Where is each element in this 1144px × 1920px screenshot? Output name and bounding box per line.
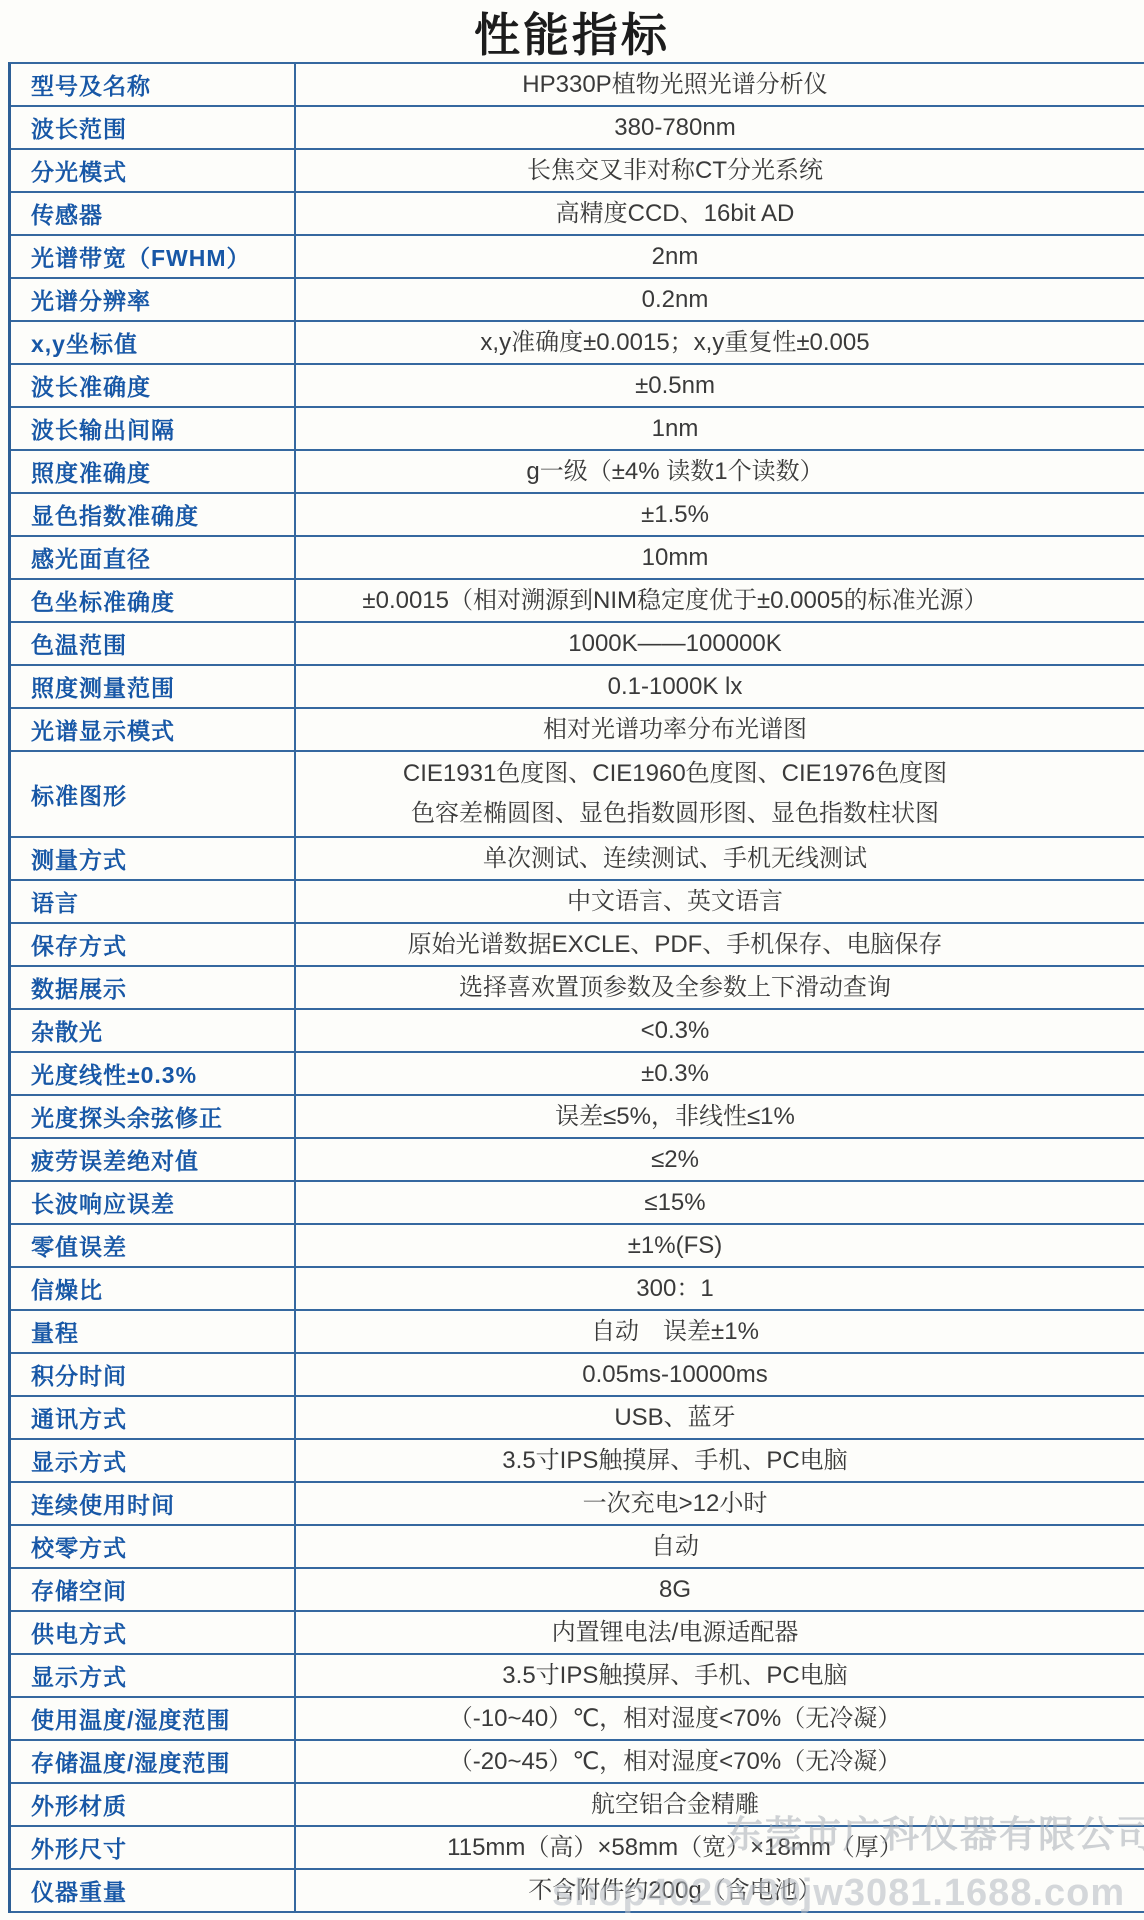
spec-label: 存储温度/湿度范围 bbox=[11, 1741, 296, 1782]
table-row: 零值误差±1%(FS) bbox=[11, 1225, 1144, 1268]
spec-label: 长波响应误差 bbox=[11, 1182, 296, 1223]
table-row: 照度准确度g一级（±4% 读数1个读数） bbox=[11, 451, 1144, 494]
table-row: 显示方式3.5寸IPS触摸屏、手机、PC电脑 bbox=[11, 1440, 1144, 1483]
spec-value: 相对光谱功率分布光谱图 bbox=[296, 709, 1144, 750]
table-row: 色温范围1000K——100000K bbox=[11, 623, 1144, 666]
spec-label: 型号及名称 bbox=[11, 64, 296, 105]
spec-value: 不含附件约200g（含电池） bbox=[296, 1870, 1144, 1911]
spec-value: CIE1931色度图、CIE1960色度图、CIE1976色度图色容差椭圆图、显… bbox=[296, 752, 1144, 836]
spec-label: 显示方式 bbox=[11, 1655, 296, 1696]
table-row: 光度探头余弦修正误差≤5%，非线性≤1% bbox=[11, 1096, 1144, 1139]
spec-value: 0.2nm bbox=[296, 279, 1144, 320]
table-row: 存储温度/湿度范围（-20~45）℃，相对湿度<70%（无冷凝） bbox=[11, 1741, 1144, 1784]
spec-value: ±0.0015（相对溯源到NIM稳定度优于±0.0005的标准光源） bbox=[296, 580, 1144, 621]
table-row: 波长范围380-780nm bbox=[11, 107, 1144, 150]
table-row: 杂散光<0.3% bbox=[11, 1010, 1144, 1053]
table-row: 照度测量范围0.1-1000K lx bbox=[11, 666, 1144, 709]
spec-label: 波长准确度 bbox=[11, 365, 296, 406]
spec-value: 误差≤5%，非线性≤1% bbox=[296, 1096, 1144, 1137]
table-row: 波长准确度±0.5nm bbox=[11, 365, 1144, 408]
table-row: 存储空间8G bbox=[11, 1569, 1144, 1612]
spec-label: 光谱分辨率 bbox=[11, 279, 296, 320]
spec-value: ±1.5% bbox=[296, 494, 1144, 535]
spec-value: ≤15% bbox=[296, 1182, 1144, 1223]
spec-label: 供电方式 bbox=[11, 1612, 296, 1653]
page-title: 性能指标 bbox=[0, 0, 1144, 60]
spec-value: 一次充电>12小时 bbox=[296, 1483, 1144, 1524]
spec-value: 中文语言、英文语言 bbox=[296, 881, 1144, 922]
spec-label: 照度准确度 bbox=[11, 451, 296, 492]
table-row: 校零方式自动 bbox=[11, 1526, 1144, 1569]
spec-value: HP330P植物光照光谱分析仪 bbox=[296, 64, 1144, 105]
spec-label: 仪器重量 bbox=[11, 1870, 296, 1911]
spec-value: 3.5寸IPS触摸屏、手机、PC电脑 bbox=[296, 1440, 1144, 1481]
table-row: 保存方式原始光谱数据EXCLE、PDF、手机保存、电脑保存 bbox=[11, 924, 1144, 967]
spec-label: 光谱带宽（FWHM） bbox=[11, 236, 296, 277]
table-row: 仪器重量不含附件约200g（含电池） bbox=[11, 1870, 1144, 1913]
spec-label: 光谱显示模式 bbox=[11, 709, 296, 750]
spec-label: 连续使用时间 bbox=[11, 1483, 296, 1524]
table-row: 外形尺寸115mm（高）×58mm（宽）×18mm（厚） bbox=[11, 1827, 1144, 1870]
table-row: 测量方式单次测试、连续测试、手机无线测试 bbox=[11, 838, 1144, 881]
spec-value: ±1%(FS) bbox=[296, 1225, 1144, 1266]
spec-label: 感光面直径 bbox=[11, 537, 296, 578]
table-row: 分光模式长焦交叉非对称CT分光系统 bbox=[11, 150, 1144, 193]
spec-label: 疲劳误差绝对值 bbox=[11, 1139, 296, 1180]
table-row: 色坐标准确度±0.0015（相对溯源到NIM稳定度优于±0.0005的标准光源） bbox=[11, 580, 1144, 623]
spec-label: 校零方式 bbox=[11, 1526, 296, 1567]
table-row: 连续使用时间一次充电>12小时 bbox=[11, 1483, 1144, 1526]
spec-value: 115mm（高）×58mm（宽）×18mm（厚） bbox=[296, 1827, 1144, 1868]
table-row: 显示方式3.5寸IPS触摸屏、手机、PC电脑 bbox=[11, 1655, 1144, 1698]
table-row: 外形材质航空铝合金精雕 bbox=[11, 1784, 1144, 1827]
spec-label: 语言 bbox=[11, 881, 296, 922]
spec-label: 显色指数准确度 bbox=[11, 494, 296, 535]
table-row: 光谱显示模式相对光谱功率分布光谱图 bbox=[11, 709, 1144, 752]
spec-label: 通讯方式 bbox=[11, 1397, 296, 1438]
spec-value: 10mm bbox=[296, 537, 1144, 578]
spec-label: 测量方式 bbox=[11, 838, 296, 879]
table-row: 光度线性±0.3%±0.3% bbox=[11, 1053, 1144, 1096]
spec-label: 波长范围 bbox=[11, 107, 296, 148]
spec-label: 数据展示 bbox=[11, 967, 296, 1008]
spec-label: 照度测量范围 bbox=[11, 666, 296, 707]
spec-value: 航空铝合金精雕 bbox=[296, 1784, 1144, 1825]
table-row: 量程自动 误差±1% bbox=[11, 1311, 1144, 1354]
spec-value: 长焦交叉非对称CT分光系统 bbox=[296, 150, 1144, 191]
spec-label: 光度线性±0.3% bbox=[11, 1053, 296, 1094]
spec-value: ±0.3% bbox=[296, 1053, 1144, 1094]
spec-value: 1nm bbox=[296, 408, 1144, 449]
spec-label: 分光模式 bbox=[11, 150, 296, 191]
table-row: 通讯方式USB、蓝牙 bbox=[11, 1397, 1144, 1440]
spec-label: 色坐标准确度 bbox=[11, 580, 296, 621]
spec-value: 自动 bbox=[296, 1526, 1144, 1567]
spec-label: 量程 bbox=[11, 1311, 296, 1352]
spec-value: 0.05ms-10000ms bbox=[296, 1354, 1144, 1395]
table-row: 型号及名称HP330P植物光照光谱分析仪 bbox=[11, 64, 1144, 107]
spec-value: 1000K——100000K bbox=[296, 623, 1144, 664]
spec-label: 外形材质 bbox=[11, 1784, 296, 1825]
table-row: 供电方式内置锂电法/电源适配器 bbox=[11, 1612, 1144, 1655]
table-row: x,y坐标值x,y准确度±0.0015；x,y重复性±0.005 bbox=[11, 322, 1144, 365]
table-row: 积分时间0.05ms-10000ms bbox=[11, 1354, 1144, 1397]
table-row: 数据展示选择喜欢置顶参数及全参数上下滑动查询 bbox=[11, 967, 1144, 1010]
spec-label: 零值误差 bbox=[11, 1225, 296, 1266]
spec-label: 保存方式 bbox=[11, 924, 296, 965]
table-row: 信燥比300：1 bbox=[11, 1268, 1144, 1311]
table-row: 感光面直径10mm bbox=[11, 537, 1144, 580]
table-row: 使用温度/湿度范围（-10~40）℃，相对湿度<70%（无冷凝） bbox=[11, 1698, 1144, 1741]
spec-value: （-20~45）℃，相对湿度<70%（无冷凝） bbox=[296, 1741, 1144, 1782]
spec-value: ±0.5nm bbox=[296, 365, 1144, 406]
spec-label: 使用温度/湿度范围 bbox=[11, 1698, 296, 1739]
spec-label: 标准图形 bbox=[11, 752, 296, 836]
spec-value: 原始光谱数据EXCLE、PDF、手机保存、电脑保存 bbox=[296, 924, 1144, 965]
spec-value: <0.3% bbox=[296, 1010, 1144, 1051]
spec-label: 信燥比 bbox=[11, 1268, 296, 1309]
spec-label: 波长输出间隔 bbox=[11, 408, 296, 449]
page: 性能指标 型号及名称HP330P植物光照光谱分析仪波长范围380-780nm分光… bbox=[0, 0, 1144, 1920]
spec-label: 显示方式 bbox=[11, 1440, 296, 1481]
spec-table: 型号及名称HP330P植物光照光谱分析仪波长范围380-780nm分光模式长焦交… bbox=[8, 62, 1144, 1913]
spec-value: ≤2% bbox=[296, 1139, 1144, 1180]
spec-value: （-10~40）℃，相对湿度<70%（无冷凝） bbox=[296, 1698, 1144, 1739]
spec-label: 光度探头余弦修正 bbox=[11, 1096, 296, 1137]
spec-label: 色温范围 bbox=[11, 623, 296, 664]
spec-value: g一级（±4% 读数1个读数） bbox=[296, 451, 1144, 492]
spec-value: 内置锂电法/电源适配器 bbox=[296, 1612, 1144, 1653]
table-row: 标准图形CIE1931色度图、CIE1960色度图、CIE1976色度图色容差椭… bbox=[11, 752, 1144, 838]
table-row: 疲劳误差绝对值≤2% bbox=[11, 1139, 1144, 1182]
spec-label: x,y坐标值 bbox=[11, 322, 296, 363]
spec-value: 2nm bbox=[296, 236, 1144, 277]
table-row: 传感器高精度CCD、16bit AD bbox=[11, 193, 1144, 236]
table-row: 语言中文语言、英文语言 bbox=[11, 881, 1144, 924]
table-row: 波长输出间隔1nm bbox=[11, 408, 1144, 451]
spec-label: 存储空间 bbox=[11, 1569, 296, 1610]
spec-label: 外形尺寸 bbox=[11, 1827, 296, 1868]
spec-value: 380-780nm bbox=[296, 107, 1144, 148]
spec-label: 杂散光 bbox=[11, 1010, 296, 1051]
table-row: 显色指数准确度±1.5% bbox=[11, 494, 1144, 537]
spec-value: 高精度CCD、16bit AD bbox=[296, 193, 1144, 234]
table-row: 光谱分辨率0.2nm bbox=[11, 279, 1144, 322]
spec-value: 自动 误差±1% bbox=[296, 1311, 1144, 1352]
spec-value: 3.5寸IPS触摸屏、手机、PC电脑 bbox=[296, 1655, 1144, 1696]
spec-value: 300：1 bbox=[296, 1268, 1144, 1309]
spec-value: USB、蓝牙 bbox=[296, 1397, 1144, 1438]
spec-value: 0.1-1000K lx bbox=[296, 666, 1144, 707]
spec-value: 单次测试、连续测试、手机无线测试 bbox=[296, 838, 1144, 879]
table-row: 光谱带宽（FWHM）2nm bbox=[11, 236, 1144, 279]
spec-value: x,y准确度±0.0015；x,y重复性±0.005 bbox=[296, 322, 1144, 363]
spec-label: 传感器 bbox=[11, 193, 296, 234]
spec-value: 8G bbox=[296, 1569, 1144, 1610]
spec-value: 选择喜欢置顶参数及全参数上下滑动查询 bbox=[296, 967, 1144, 1008]
spec-label: 积分时间 bbox=[11, 1354, 296, 1395]
table-row: 长波响应误差≤15% bbox=[11, 1182, 1144, 1225]
